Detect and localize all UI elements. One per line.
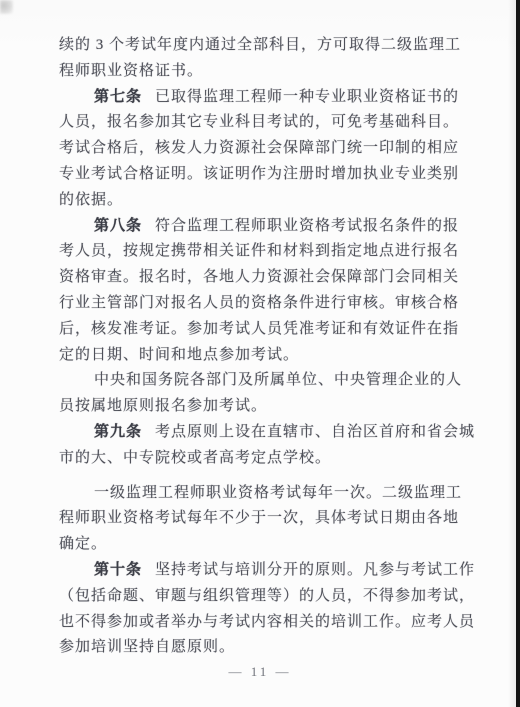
clause-number: 第七条 bbox=[94, 89, 142, 105]
line-text: （包括命题、审题与组织管理等）的人员，不得参加考试， bbox=[59, 588, 475, 604]
line-text: 资格审查。报名时，各地人力资源社会保障部门会同相关 bbox=[59, 269, 459, 285]
text-line: 第八条符合监理工程师职业资格考试报名条件的报 bbox=[59, 214, 465, 240]
clause-number: 第九条 bbox=[94, 424, 142, 440]
clause-number: 第八条 bbox=[94, 218, 142, 234]
line-text: 中央和国务院各部门及所属单位、中央管理企业的人 bbox=[94, 372, 462, 388]
clause-number: 第十条 bbox=[94, 562, 142, 578]
text-line: 第七条已取得监理工程师一种专业职业资格证书的 bbox=[59, 85, 465, 111]
page-number: — 11 — bbox=[0, 664, 520, 680]
text-line: （包括命题、审题与组织管理等）的人员，不得参加考试， bbox=[59, 584, 465, 610]
line-text: 确定。 bbox=[59, 536, 107, 552]
text-line: 第十条坚持考试与培训分开的原则。凡参与考试工作 bbox=[59, 558, 465, 584]
document-page: 续的 3 个考试年度内通过全部科目，方可取得二级监理工程师职业资格证书。第七条已… bbox=[0, 0, 520, 707]
line-text: 已取得监理工程师一种专业职业资格证书的 bbox=[155, 89, 459, 105]
document-lines: 续的 3 个考试年度内通过全部科目，方可取得二级监理工程师职业资格证书。第七条已… bbox=[59, 33, 465, 661]
text-line: 行业主管部门对报名人员的资格条件进行审核。审核合格 bbox=[59, 291, 465, 317]
text-line: 人员，报名参加其它专业科目考试的，可免考基础科目。 bbox=[59, 110, 465, 136]
line-text: 的依据。 bbox=[59, 192, 123, 208]
text-line: 参加培训坚持自愿原则。 bbox=[59, 635, 465, 661]
line-text: 程师职业资格证书。 bbox=[59, 63, 203, 79]
line-text: 行业主管部门对报名人员的资格条件进行审核。审核合格 bbox=[59, 295, 459, 311]
text-line: 员按属地原则报名参加考试。 bbox=[59, 394, 465, 420]
line-text: 续的 3 个考试年度内通过全部科目，方可取得二级监理工 bbox=[59, 37, 461, 53]
line-text: 一级监理工程师职业资格考试每年一次。二级监理工 bbox=[94, 485, 462, 501]
line-text: 参加培训坚持自愿原则。 bbox=[59, 639, 235, 655]
text-line: 资格审查。报名时，各地人力资源社会保障部门会同相关 bbox=[59, 265, 465, 291]
line-text: 考人员，按规定携带相关证件和材料到指定地点进行报名 bbox=[59, 243, 459, 259]
text-line: 程师职业资格证书。 bbox=[59, 59, 465, 85]
line-text: 坚持考试与培训分开的原则。凡参与考试工作 bbox=[155, 562, 475, 578]
line-text: 考点原则上设在直辖市、自治区首府和省会城 bbox=[155, 424, 475, 440]
line-text: 员按属地原则报名参加考试。 bbox=[59, 398, 267, 414]
text-line: 程师职业资格考试每年不少于一次，具体考试日期由各地 bbox=[59, 506, 465, 532]
line-text: 符合监理工程师职业资格考试报名条件的报 bbox=[155, 218, 459, 234]
line-text: 也不得参加或者举办与考试内容相关的培训工作。应考人员 bbox=[59, 614, 475, 630]
line-text: 定的日期、时间和地点参加考试。 bbox=[59, 347, 299, 363]
text-line: 确定。 bbox=[59, 532, 465, 558]
line-text: 市的大、中专院校或者高考定点学校。 bbox=[59, 450, 331, 466]
line-text: 专业考试合格证明。该证明作为注册时增加执业专业类别 bbox=[59, 166, 459, 182]
text-line: 也不得参加或者举办与考试内容相关的培训工作。应考人员 bbox=[59, 610, 465, 636]
text-line: 的依据。 bbox=[59, 188, 465, 214]
text-line: 考人员，按规定携带相关证件和材料到指定地点进行报名 bbox=[59, 239, 465, 265]
text-line: 一级监理工程师职业资格考试每年一次。二级监理工 bbox=[59, 481, 465, 507]
text-line: 专业考试合格证明。该证明作为注册时增加执业专业类别 bbox=[59, 162, 465, 188]
scan-edge-shadow bbox=[508, 0, 516, 707]
line-text: 程师职业资格考试每年不少于一次，具体考试日期由各地 bbox=[59, 510, 459, 526]
line-text: 后，核发准考证。参加考试人员凭准考证和有效证件在指 bbox=[59, 321, 459, 337]
text-line: 第九条考点原则上设在直辖市、自治区首府和省会城 bbox=[59, 420, 465, 446]
line-text: 考试合格后，核发人力资源社会保障部门统一印制的相应 bbox=[59, 140, 459, 156]
text-line: 定的日期、时间和地点参加考试。 bbox=[59, 343, 465, 369]
text-line: 后，核发准考证。参加考试人员凭准考证和有效证件在指 bbox=[59, 317, 465, 343]
text-line: 市的大、中专院校或者高考定点学校。 bbox=[59, 446, 465, 472]
text-line: 考试合格后，核发人力资源社会保障部门统一印制的相应 bbox=[59, 136, 465, 162]
line-text: 人员，报名参加其它专业科目考试的，可免考基础科目。 bbox=[59, 114, 459, 130]
text-line: 续的 3 个考试年度内通过全部科目，方可取得二级监理工 bbox=[59, 33, 465, 59]
scan-smudge-artifact bbox=[0, 0, 13, 14]
scan-edge-artifact bbox=[516, 0, 520, 707]
text-line: 中央和国务院各部门及所属单位、中央管理企业的人 bbox=[59, 368, 465, 394]
